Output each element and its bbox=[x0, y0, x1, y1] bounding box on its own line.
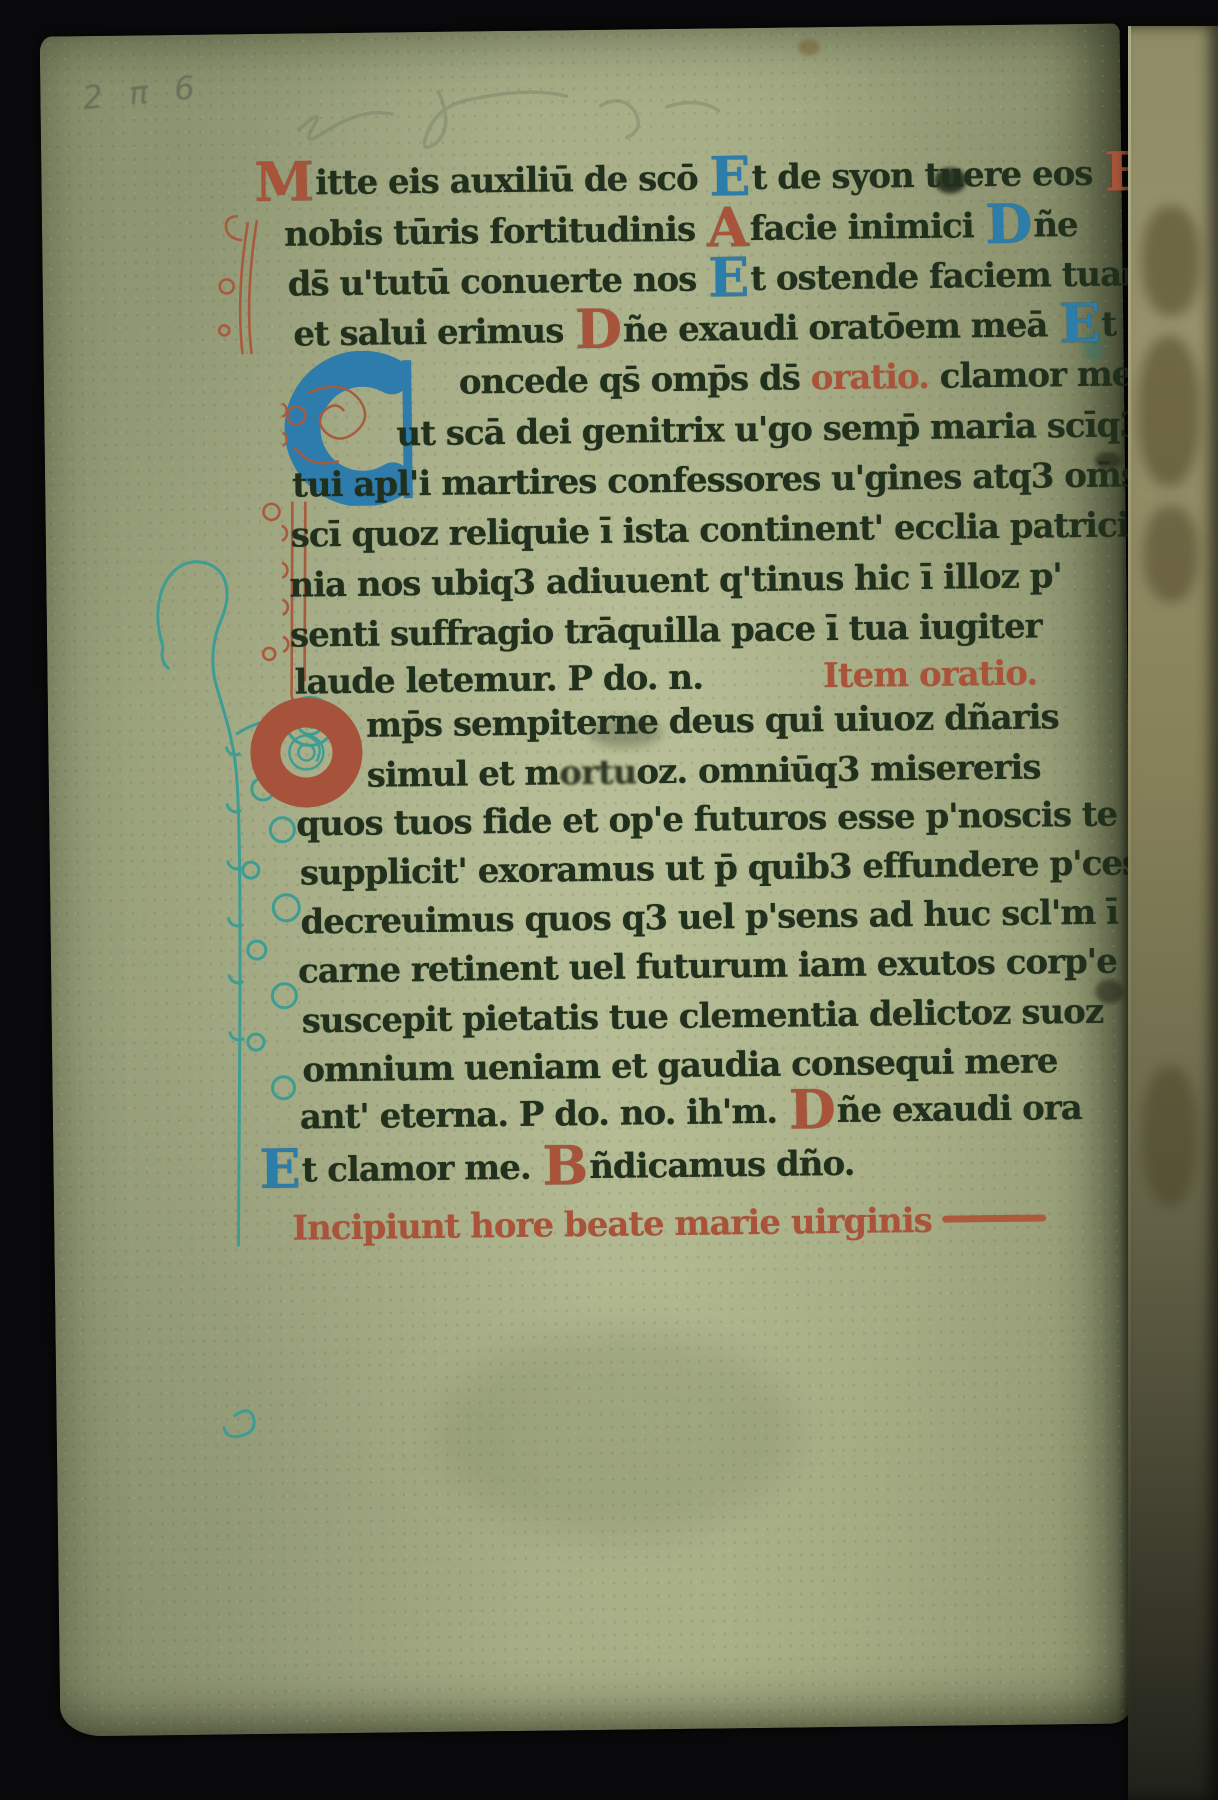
text-segment: scī quoz reliquie ī ista continent' eccl… bbox=[291, 505, 1129, 555]
text-segment: laude letemur. P do. n. bbox=[294, 658, 703, 703]
bleed-through-mark bbox=[1144, 506, 1198, 602]
text-line-12: mp̄s sempiterne deus qui uiuoz dñaris bbox=[366, 697, 1059, 745]
text-segment: decreuimus quos q3 uel p'sens ad huc scl… bbox=[300, 893, 1118, 943]
text-segment: senti suffragio trāquilla pace ī tua iug… bbox=[290, 606, 1042, 655]
text-line-20: ant' eterna. P do. no. ih'm. Dñe exaudi … bbox=[300, 1088, 1082, 1138]
text-line-16: decreuimus quos q3 uel p'sens ad huc scl… bbox=[300, 893, 1118, 943]
text-line-6: ut scā dei genitrix u'go semp̄ maria scī… bbox=[396, 405, 1142, 454]
bleed-through-mark bbox=[1138, 336, 1200, 486]
inline-initial: D bbox=[575, 297, 622, 362]
inline-initial: M bbox=[254, 149, 314, 214]
text-segment: quos tuos fide et op'e futuros esse p'no… bbox=[296, 795, 1117, 845]
text-segment: ant' eterna. P do. no. ih'm. bbox=[300, 1092, 789, 1138]
text-segment: oz. omniūq3 misereris bbox=[636, 747, 1041, 792]
text-segment: ds̄ u'tutū conuerte nos bbox=[287, 260, 707, 305]
text-segment: ortu bbox=[559, 752, 636, 793]
inline-initial: B bbox=[542, 1133, 587, 1198]
text-segment: ñe bbox=[1033, 205, 1078, 246]
text-segment: itte eis auxiliū de scō bbox=[315, 159, 709, 204]
text-segment: simul et m bbox=[366, 753, 559, 795]
text-line-9: nia nos ubiq3 adiuuent q'tinus hic ī ill… bbox=[289, 556, 1062, 605]
text-segment: facie inimici bbox=[750, 206, 985, 249]
brown-spot bbox=[798, 39, 820, 55]
text-segment: oratio. bbox=[811, 357, 930, 398]
initial-O-body bbox=[265, 712, 348, 793]
parchment-stain bbox=[436, 1328, 799, 1542]
inline-initial: D bbox=[985, 192, 1032, 257]
bleed-through-mark bbox=[1142, 1066, 1198, 1206]
text-line-18: suscepit pietatis tue clementia delictoz… bbox=[301, 992, 1103, 1042]
text-segment: et salui erimus bbox=[293, 311, 574, 354]
text-line-4: et salui erimus Dñe exaudi oratōem meā E… bbox=[293, 305, 1116, 355]
illuminated-initial-O bbox=[246, 693, 365, 812]
text-line-13: simul et mortuoz. omniūq3 misereris bbox=[366, 747, 1040, 795]
inline-initial: E bbox=[708, 245, 749, 309]
inline-initial: E bbox=[1059, 291, 1100, 355]
text-segment: carne retinent uel futurum iam exutos co… bbox=[298, 942, 1117, 992]
text-segment: supplicit' exoramus ut p̄ quib3 effunder… bbox=[300, 843, 1141, 893]
manuscript-photo: 2 π 6 bbox=[0, 0, 1218, 1800]
initial-O-filigree bbox=[289, 735, 323, 769]
text-line-2: nobis tūris fortitudinis Afacie inimici … bbox=[284, 205, 1078, 255]
text-line-10: senti suffragio trāquilla pace ī tua iug… bbox=[290, 606, 1042, 655]
manuscript-page: 2 π 6 bbox=[40, 23, 1141, 1736]
text-segment: t clamor me. bbox=[301, 1148, 541, 1191]
bleed-through-mark bbox=[1142, 206, 1200, 316]
text-segment: ñdicamus dño. bbox=[589, 1144, 855, 1187]
text-segment: ñe exaudi oratōem meā bbox=[623, 305, 1059, 350]
text-segment: t de syon tuere eos bbox=[751, 154, 1103, 198]
text-segment: Incipiunt hore beate marie uirginis bbox=[292, 1201, 932, 1249]
text-line-3: ds̄ u'tutū conuerte nos Et ostende facie… bbox=[287, 254, 1156, 305]
text-block: Mitte eis auxiliū de scō Et de syon tuer… bbox=[40, 23, 1120, 36]
text-segment: nobis tūris fortitudinis bbox=[284, 210, 706, 255]
adjacent-folio-edge bbox=[1128, 26, 1218, 1800]
text-line-22: Incipiunt hore beate marie uirginis bbox=[292, 1199, 1046, 1248]
text-line-17: carne retinent uel futurum iam exutos co… bbox=[298, 942, 1117, 992]
text-segment: Item oratio. bbox=[823, 654, 1038, 697]
text-segment: t bbox=[1101, 305, 1116, 345]
text-segment: ut scā dei genitrix u'go semp̄ maria scī… bbox=[396, 405, 1142, 454]
inline-initial: D bbox=[789, 1077, 836, 1142]
pencil-folio-mark: 2 π 6 bbox=[81, 68, 205, 118]
text-segment: nia nos ubiq3 adiuuent q'tinus hic ī ill… bbox=[289, 556, 1062, 605]
text-segment bbox=[942, 1214, 1046, 1222]
text-line-19: omnium ueniam et gaudia consequi mere bbox=[302, 1041, 1058, 1090]
text-line-5: oncede qs̄ omp̄s ds̄ oratio. clamor meus bbox=[459, 354, 1175, 403]
text-segment: suscepit pietatis tue clementia delictoz… bbox=[301, 992, 1103, 1042]
text-line-15: supplicit' exoramus ut p̄ quib3 effunder… bbox=[300, 843, 1141, 893]
inline-initial: E bbox=[259, 1137, 300, 1201]
red-penwork-margin bbox=[218, 216, 259, 354]
text-line-14: quos tuos fide et op'e futuros esse p'no… bbox=[296, 795, 1117, 845]
text-segment: oncede qs̄ omp̄s ds̄ bbox=[459, 358, 811, 402]
text-line-8: scī quoz reliquie ī ista continent' eccl… bbox=[291, 505, 1129, 555]
text-segment: omnium ueniam et gaudia consequi mere bbox=[302, 1041, 1058, 1090]
text-line-21: Et clamor me. Bñdicamus dño. bbox=[258, 1144, 854, 1191]
text-segment: mp̄s sempiterne deus qui uiuoz dñaris bbox=[366, 697, 1059, 745]
text-segment: ñe exaudi ora bbox=[837, 1088, 1082, 1131]
faded-inscription bbox=[298, 88, 719, 148]
text-line-11: laude letemur. P do. n.Item oratio. bbox=[294, 654, 1037, 703]
